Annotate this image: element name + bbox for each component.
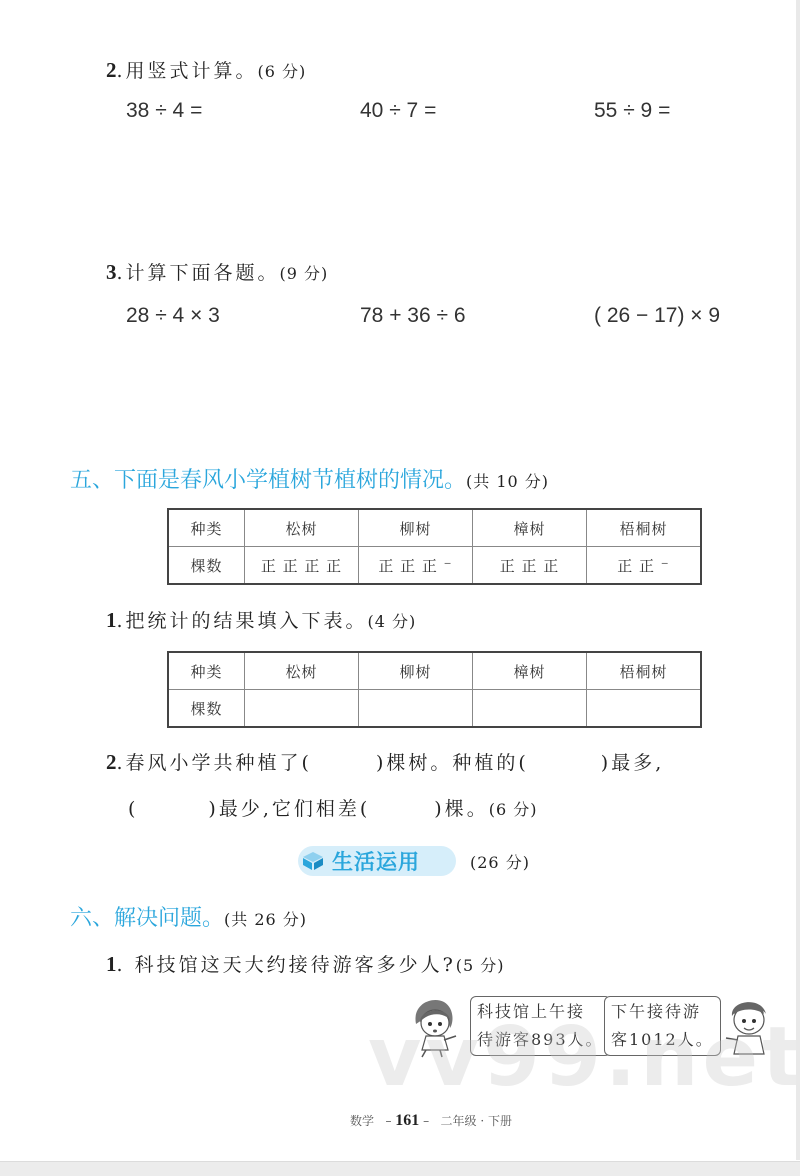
section-5-title: 五、下面是春风小学植树节植树的情况。(共 10 分)	[70, 463, 549, 494]
section-5-q2-line2: ()最少,它们相差()棵。(6 分)	[128, 794, 537, 821]
col-plane: 梧桐树	[587, 652, 702, 690]
col-plane: 梧桐树	[587, 509, 702, 547]
page-number: 161	[395, 1112, 419, 1129]
banner-label: 生活运用	[332, 846, 420, 876]
question-2-title: 2.用竖式计算。(6 分)	[106, 56, 306, 83]
answer-cell-plane[interactable]	[587, 690, 702, 728]
page-edge-bottom	[0, 1161, 800, 1176]
row-header-count: 棵数	[168, 547, 245, 585]
tally-plane: 正 正 ⁻	[587, 547, 702, 585]
page-edge	[796, 0, 800, 1160]
expr-q2-2: 40 ÷ 7 =	[360, 99, 436, 123]
col-camphor: 樟树	[473, 509, 587, 547]
watermark: vv99.net	[368, 1010, 800, 1105]
tally-pine: 正 正 正 正	[245, 547, 359, 585]
expr-q2-1: 38 ÷ 4 =	[126, 99, 202, 123]
answer-cell-camphor[interactable]	[473, 690, 587, 728]
expr-q3-1: 28 ÷ 4 × 3	[126, 304, 220, 328]
section-5-q1-title: 1.把统计的结果填入下表。(4 分)	[106, 606, 416, 633]
footer-grade: 二年级 · 下册	[441, 1114, 512, 1128]
col-pine: 松树	[245, 652, 359, 690]
col-pine: 松树	[245, 509, 359, 547]
expr-q2-3: 55 ÷ 9 =	[594, 99, 670, 123]
answer-cell-pine[interactable]	[245, 690, 359, 728]
tally-willow: 正 正 正 ⁻	[359, 547, 473, 585]
question-3-title: 3.计算下面各题。(9 分)	[106, 258, 328, 285]
section-6-q1-title: 1. 科技馆这天大约接待游客多少人?(5 分)	[106, 950, 505, 977]
row-header-type: 种类	[168, 509, 245, 547]
row-header-count: 棵数	[168, 690, 245, 728]
section-6-title: 六、解决问题。(共 26 分)	[70, 901, 307, 932]
page-footer: 数学 – 161 – 二年级 · 下册	[350, 1112, 512, 1130]
expr-q3-3: ( 26 − 17) × 9	[594, 304, 720, 328]
answer-cell-willow[interactable]	[359, 690, 473, 728]
cube-icon	[302, 851, 324, 871]
section-5-q2-line1: 2.春风小学共种植了()棵树。种植的()最多,	[106, 748, 664, 775]
tally-camphor: 正 正 正	[473, 547, 587, 585]
footer-subject: 数学	[350, 1114, 374, 1128]
row-header-type: 种类	[168, 652, 245, 690]
col-camphor: 樟树	[473, 652, 587, 690]
banner-score: (26 分)	[470, 850, 530, 873]
expr-q3-2: 78 + 36 ÷ 6	[360, 304, 466, 328]
tally-table: 种类 松树 柳树 樟树 梧桐树 棵数 正 正 正 正 正 正 正 ⁻ 正 正 正…	[167, 508, 702, 585]
col-willow: 柳树	[359, 509, 473, 547]
col-willow: 柳树	[359, 652, 473, 690]
answer-table: 种类 松树 柳树 樟树 梧桐树 棵数	[167, 651, 702, 728]
